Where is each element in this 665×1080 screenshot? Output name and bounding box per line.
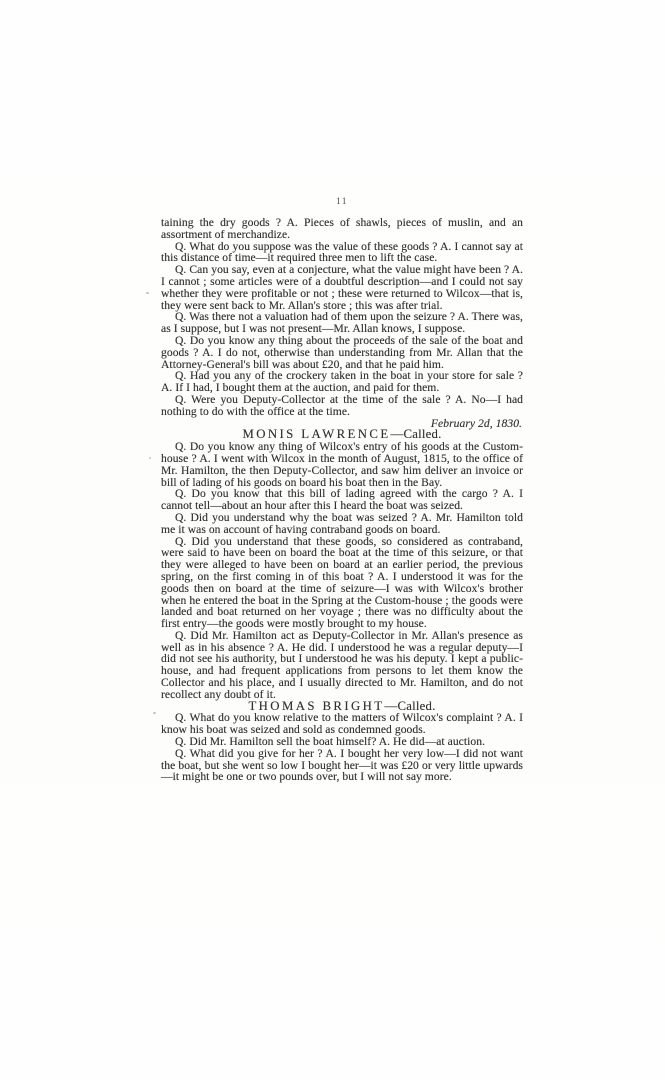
qa-paragraph: Q. What do you know relative to the matt… xyxy=(161,712,523,736)
qa-paragraph: Q. Do you know any thing of Wilcox's ent… xyxy=(161,441,523,488)
qa-paragraph: Q. What do you suppose was the value of … xyxy=(161,241,523,265)
qa-paragraph: Q. Did you understand that these goods, … xyxy=(161,536,523,630)
scan-speck xyxy=(146,292,149,294)
scan-speck xyxy=(153,712,156,714)
qa-paragraph: Q. Do you know any thing about the proce… xyxy=(161,335,523,370)
scanned-document-page: 11 taining the dry goods ? A. Pieces of … xyxy=(0,0,665,1080)
testimony-text-block: taining the dry goods ? A. Pieces of sha… xyxy=(161,217,523,783)
qa-paragraph: Q. Was there not a valuation had of them… xyxy=(161,311,523,335)
qa-paragraph: Q. What did you give for her ? A. I boug… xyxy=(161,748,523,783)
paragraph-continuation: taining the dry goods ? A. Pieces of sha… xyxy=(161,217,523,241)
qa-paragraph: Q. Did Mr. Hamilton act as Deputy-Collec… xyxy=(161,630,523,701)
qa-paragraph: Q. Were you Deputy-Collector at the time… xyxy=(161,394,523,418)
qa-paragraph: Q. Can you say, even at a conjecture, wh… xyxy=(161,264,523,311)
page-number: 11 xyxy=(161,196,523,206)
qa-paragraph: Q. Did you understand why the boat was s… xyxy=(161,512,523,536)
qa-paragraph: Q. Had you any of the crockery taken in … xyxy=(161,370,523,394)
scan-speck xyxy=(149,457,151,459)
qa-paragraph: Q. Do you know that this bill of lading … xyxy=(161,488,523,512)
